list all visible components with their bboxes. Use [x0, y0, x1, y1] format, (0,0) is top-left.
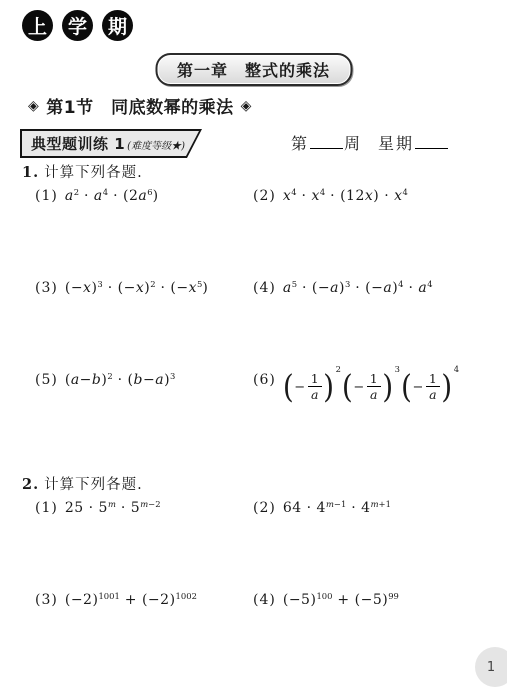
problem-section: 1.计算下列各题.(1)a2 · a4 · (2a6)(2)x4 · x4 · … — [22, 161, 489, 403]
fsign-part: − — [294, 380, 305, 395]
semester-badge: 学 — [62, 10, 93, 41]
item-label: (3) — [35, 592, 58, 608]
bigparen-part: ( — [401, 371, 412, 403]
item-label: (1) — [35, 500, 58, 516]
bigparen-part: ) — [323, 371, 334, 403]
item-expression: (−5)100 + (−5)99 — [283, 592, 399, 608]
problem-item: (6)(−1a)2(−1a)3(−1a)4 — [253, 372, 489, 403]
item-label: (4) — [253, 592, 276, 608]
problem-items: (1)a2 · a4 · (2a6)(2)x4 · x4 · (12x) · x… — [35, 188, 489, 403]
problem-item: (2)64 · 4m−1 · 4m+1 — [253, 500, 489, 516]
problem-item: (3)(−x)3 · (−x)2 · (−x5) — [35, 280, 253, 296]
item-label: (4) — [253, 280, 276, 296]
bigparen-part: ) — [441, 371, 452, 403]
problem-item: (4)(−5)100 + (−5)99 — [253, 592, 489, 608]
item-expression: a2 · a4 · (2a6) — [65, 188, 159, 204]
week-prefix-label: 第 — [291, 134, 309, 153]
fraction-factor: (−1a)2 — [283, 372, 341, 403]
problem-item: (1)25 · 5m · 5m−2 — [35, 500, 253, 516]
diamond-icon: ◈ — [241, 98, 252, 114]
item-expression: 64 · 4m−1 · 4m+1 — [283, 500, 391, 516]
frac-part: 1a — [308, 372, 322, 403]
problem-item: (5)(a−b)2 · (b−a)3 — [35, 372, 253, 403]
chapter-title: 第一章 整式的乘法 — [155, 53, 352, 86]
semester-badge: 期 — [102, 10, 133, 41]
problem-instruction: 计算下列各题. — [44, 165, 143, 181]
item-label: (1) — [35, 188, 58, 204]
problem-section: 2.计算下列各题.(1)25 · 5m · 5m−2(2)64 · 4m−1 ·… — [22, 473, 489, 608]
item-expression: (−2)1001 + (−2)1002 — [65, 592, 197, 608]
item-expression: a5 · (−a)3 · (−a)4 · a4 — [283, 280, 433, 296]
training-label: 典型题训练 1 — [31, 133, 125, 154]
section-title: 第1节 同底数幂的乘法 — [46, 93, 233, 118]
section-heading: ◈ 第1节 同底数幂的乘法 ◈ — [28, 93, 252, 118]
item-label: (6) — [253, 372, 276, 388]
day-label: 星期 — [378, 134, 414, 153]
item-expression: x4 · x4 · (12x) · x4 — [283, 188, 408, 204]
week-blank-line — [310, 133, 343, 149]
item-expression: (a−b)2 · (b−a)3 — [65, 372, 176, 388]
problem-instruction: 计算下列各题. — [44, 477, 143, 493]
problem-item: (1)a2 · a4 · (2a6) — [35, 188, 253, 204]
item-expression: (−1a)2(−1a)3(−1a)4 — [283, 372, 460, 403]
fsign-part: − — [353, 380, 364, 395]
frac-part: 1a — [367, 372, 381, 403]
problem-item: (2)x4 · x4 · (12x) · x4 — [253, 188, 489, 204]
problem-item: (4)a5 · (−a)3 · (−a)4 · a4 — [253, 280, 489, 296]
problem-item: (3)(−2)1001 + (−2)1002 — [35, 592, 253, 608]
problem-heading: 1.计算下列各题. — [22, 161, 489, 182]
week-day-line: 第周星期 — [291, 131, 449, 154]
week-suffix-label: 周 — [344, 134, 362, 153]
item-expression: 25 · 5m · 5m−2 — [65, 500, 161, 516]
fsign-part: − — [412, 380, 423, 395]
page-number-circle: 1 — [475, 647, 507, 687]
problem-items: (1)25 · 5m · 5m−2(2)64 · 4m−1 · 4m+1(3)(… — [35, 500, 489, 608]
item-expression: (−x)3 · (−x)2 · (−x5) — [65, 280, 208, 296]
semester-badges: 上学期 — [22, 10, 133, 41]
item-label: (2) — [253, 188, 276, 204]
page-number: 1 — [487, 660, 495, 675]
diamond-icon: ◈ — [28, 98, 39, 114]
bigparen-part: ) — [382, 371, 393, 403]
fraction-factor: (−1a)4 — [401, 372, 459, 403]
training-badge: 典型题训练 1 (难度等级★) — [20, 129, 202, 158]
day-blank-line — [415, 133, 448, 149]
training-badge-inner: 典型题训练 1 (难度等级★) — [22, 131, 199, 156]
problem-heading: 2.计算下列各题. — [22, 473, 489, 494]
item-label: (3) — [35, 280, 58, 296]
chapter-title-text: 第一章 整式的乘法 — [177, 61, 330, 80]
problem-number: 1. — [22, 164, 39, 181]
problems-container: 1.计算下列各题.(1)a2 · a4 · (2a6)(2)x4 · x4 · … — [22, 161, 489, 608]
item-label: (5) — [35, 372, 58, 388]
item-label: (2) — [253, 500, 276, 516]
fraction-factor: (−1a)3 — [342, 372, 400, 403]
frac-part: 1a — [426, 372, 440, 403]
semester-badge: 上 — [22, 10, 53, 41]
bigparen-part: ( — [342, 371, 353, 403]
bigparen-part: ( — [283, 371, 294, 403]
difficulty-label: (难度等级★) — [127, 135, 185, 152]
problem-number: 2. — [22, 476, 39, 493]
